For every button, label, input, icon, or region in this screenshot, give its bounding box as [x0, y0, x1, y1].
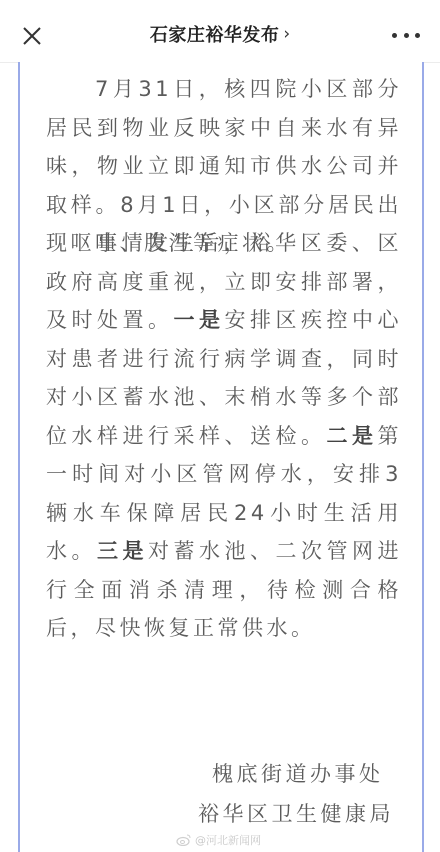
signature-line: 裕华区卫生健康局: [198, 798, 394, 828]
emphasis-text: 三是: [97, 539, 148, 563]
emphasis-text: 二是: [327, 424, 378, 448]
chevron-right-icon: ›: [283, 24, 290, 44]
watermark-text: @河北新闻网: [195, 832, 261, 848]
more-options-button[interactable]: [392, 28, 420, 42]
article-content: 7月31日，核四院小区部分居民到物业反映家中自来水有异味，物业立即通知市供水公司…: [18, 62, 424, 852]
article-paragraph: 事情发生后，裕华区委、区政府高度重视，立即安排部署，及时处置。一是安排区疾控中心…: [46, 224, 402, 648]
more-icon: [415, 33, 420, 38]
close-icon: [20, 24, 44, 48]
emphasis-text: 一是: [174, 308, 225, 332]
close-button[interactable]: [20, 24, 44, 48]
account-title: 石家庄裕华发布: [150, 21, 280, 47]
top-nav-bar: 石家庄裕华发布 ›: [0, 0, 440, 63]
weibo-icon: [176, 834, 192, 846]
account-title-link[interactable]: 石家庄裕华发布 ›: [150, 21, 290, 47]
more-icon: [404, 33, 409, 38]
watermark: @河北新闻网: [176, 832, 261, 848]
more-icon: [392, 33, 397, 38]
signature-line: 槐底街道办事处: [212, 758, 384, 788]
